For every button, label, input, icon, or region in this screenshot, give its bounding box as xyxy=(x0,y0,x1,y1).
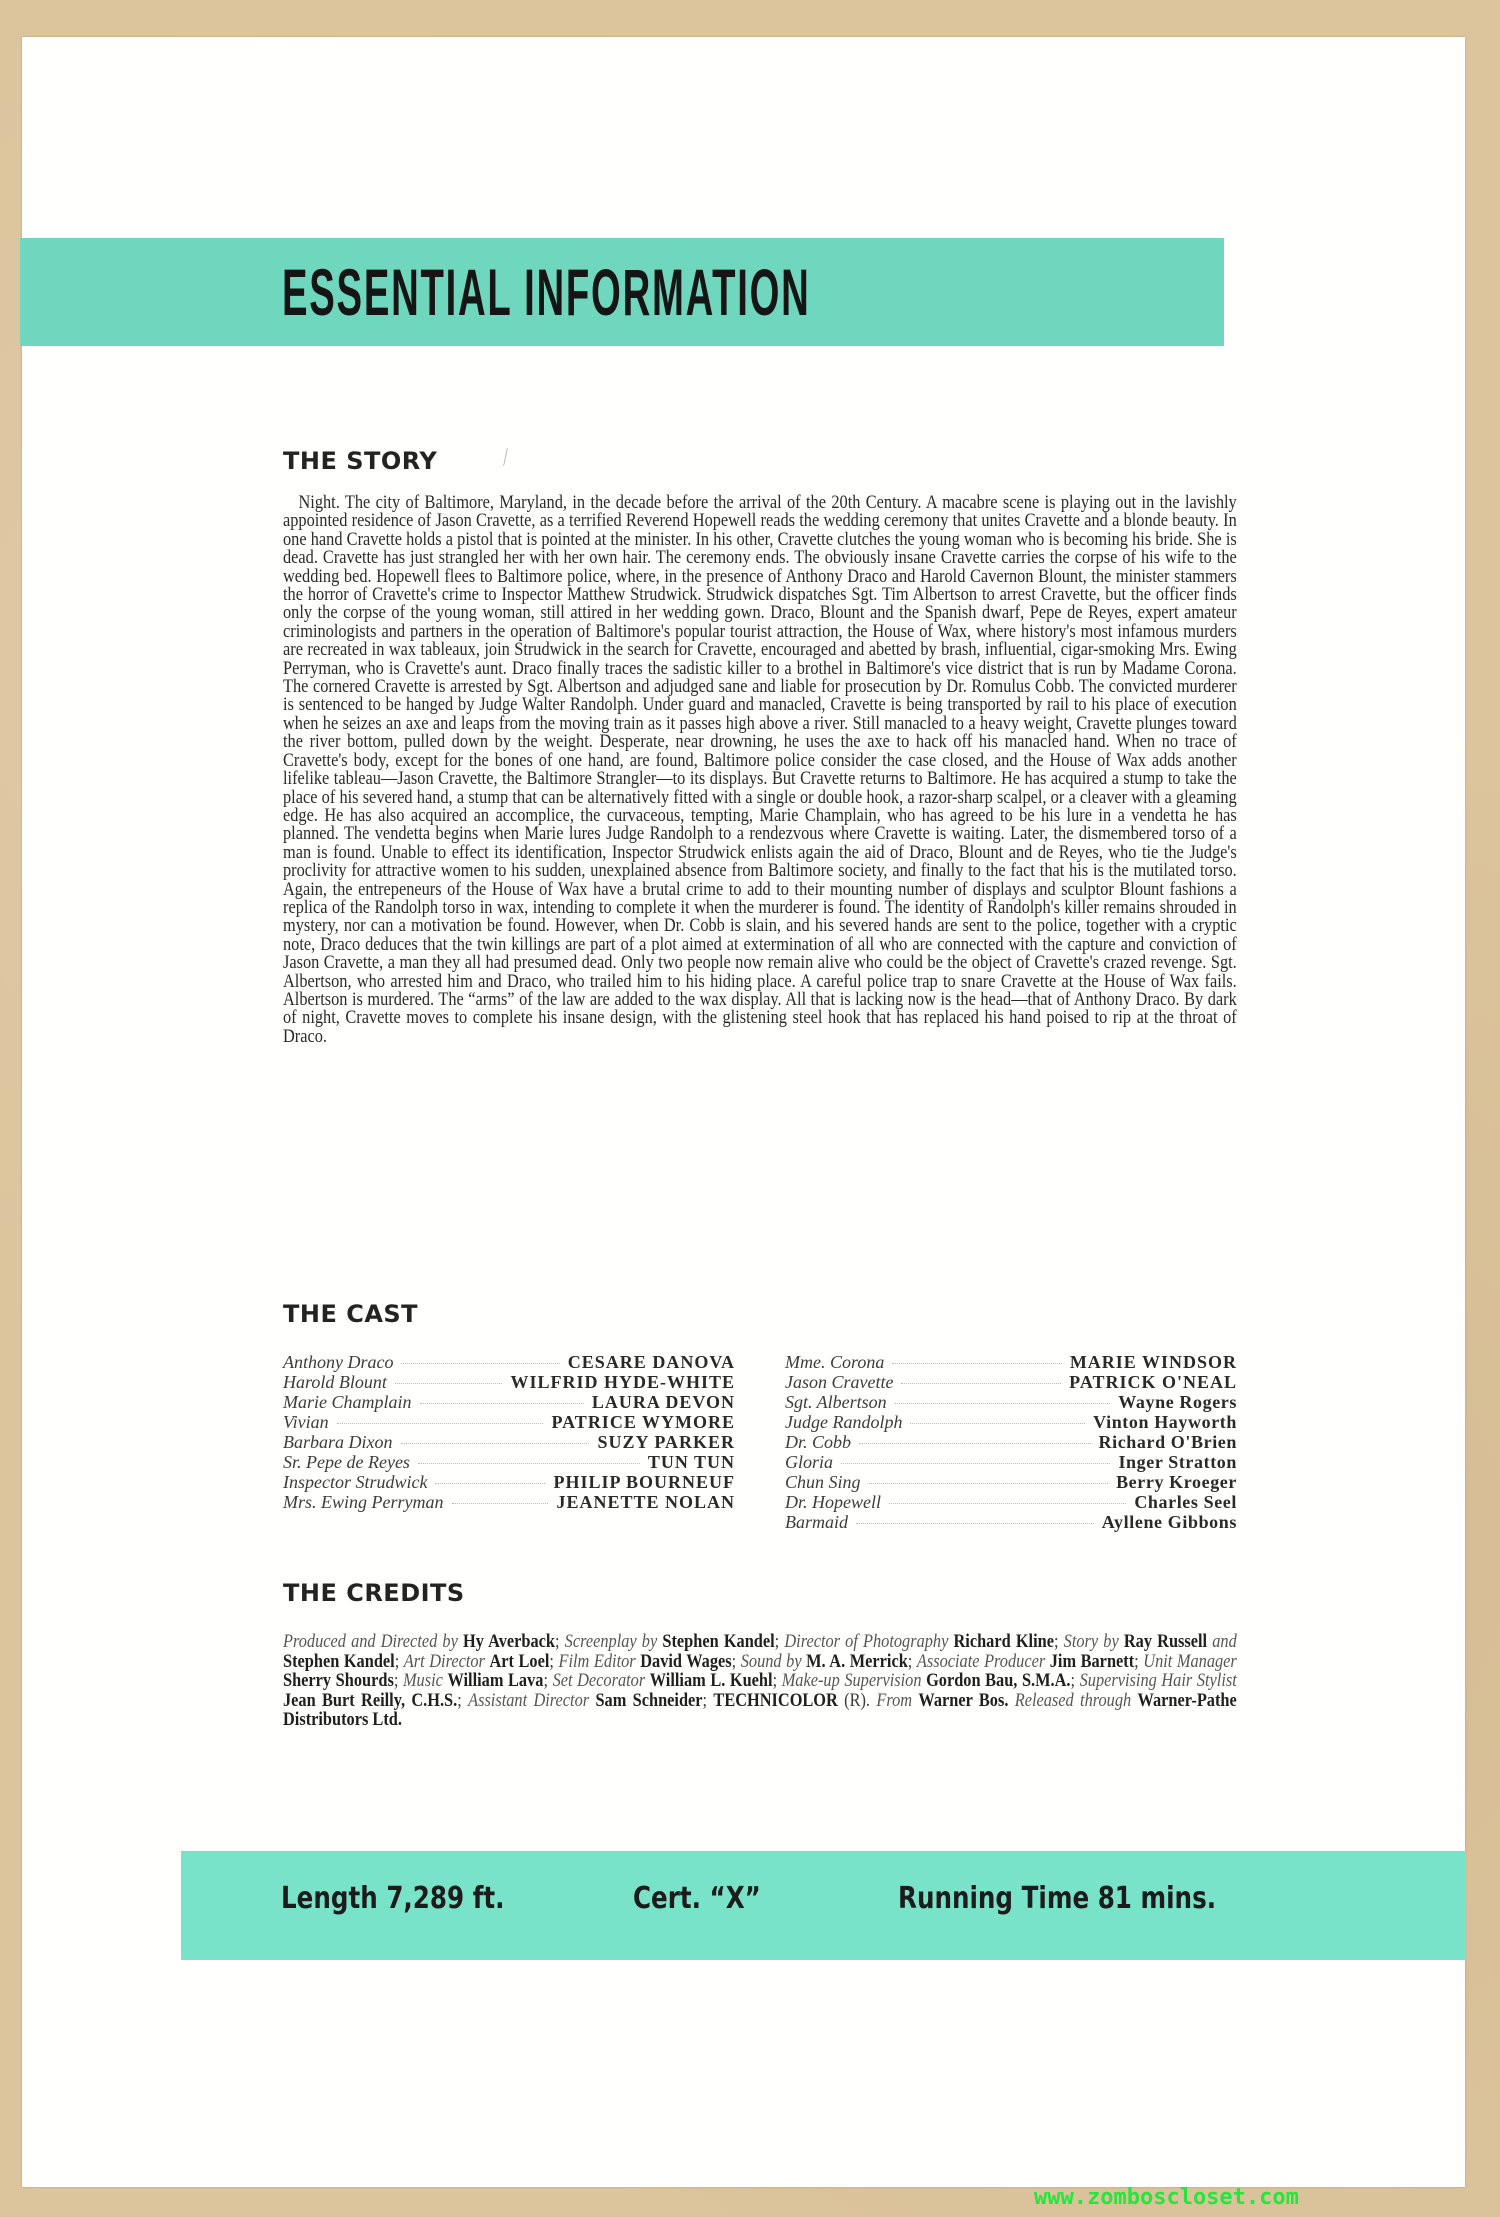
cast-role: Sgt. Albertson xyxy=(785,1392,887,1413)
credit-process-mark: (R). xyxy=(844,1690,876,1711)
dot-leader xyxy=(452,1503,549,1504)
credit-label: Sound by xyxy=(741,1651,806,1672)
cast-row: Sgt. AlbertsonWayne Rogers xyxy=(785,1392,1237,1412)
dot-leader xyxy=(435,1483,545,1484)
cast-row: VivianPATRICE WYMORE xyxy=(283,1412,735,1432)
cast-actor: MARIE WINDSOR xyxy=(1070,1352,1237,1373)
cast-actor: Richard O'Brien xyxy=(1099,1432,1238,1453)
credit-value: David Wages xyxy=(640,1651,731,1672)
cast-row: Anthony DracoCESARE DANOVA xyxy=(283,1352,735,1372)
cast-row: Dr. HopewellCharles Seel xyxy=(785,1492,1237,1512)
credit-value: Stephen Kandel xyxy=(283,1651,395,1672)
credit-label: Assistant Director xyxy=(468,1690,595,1711)
credit-value: Gordon Bau, S.M.A. xyxy=(926,1670,1070,1691)
footer-banner: Length 7,289 ft. Cert. “X” Running Time … xyxy=(181,1851,1466,1960)
credit-process: TECHNICOLOR xyxy=(713,1690,844,1711)
cast-row: Judge RandolphVinton Hayworth xyxy=(785,1412,1237,1432)
credit-label: Produced and Directed by xyxy=(283,1631,463,1652)
credit-label: Associate Producer xyxy=(917,1651,1050,1672)
cast-role: Marie Champlain xyxy=(283,1392,412,1413)
credit-label: Director of Photography xyxy=(784,1631,953,1652)
credit-value: Stephen Kandel xyxy=(662,1631,774,1652)
credits-text: Produced and Directed by Hy Averback; Sc… xyxy=(283,1632,1237,1730)
cast-role: Jason Cravette xyxy=(785,1372,893,1393)
cast-role: Mme. Corona xyxy=(785,1352,884,1373)
cast-actor: PHILIP BOURNEUF xyxy=(553,1472,735,1493)
credit-label: and xyxy=(1207,1631,1237,1652)
cast-row: Inspector StrudwickPHILIP BOURNEUF xyxy=(283,1472,735,1492)
credit-value: Sam Schneider xyxy=(595,1690,702,1711)
dot-leader xyxy=(910,1423,1085,1424)
page-title: ESSENTIAL INFORMATION xyxy=(282,256,811,328)
credit-label: Film Editor xyxy=(558,1651,640,1672)
cast-role: Gloria xyxy=(785,1452,833,1473)
credit-label: Make-up Supervision xyxy=(782,1670,926,1691)
dot-leader xyxy=(901,1383,1061,1384)
credit-value: Jim Barnett xyxy=(1050,1651,1134,1672)
cast-row: Chun SingBerry Kroeger xyxy=(785,1472,1237,1492)
cast-role: Dr. Cobb xyxy=(785,1432,851,1453)
credit-value: M. A. Merrick xyxy=(806,1651,908,1672)
cast-actor: LAURA DEVON xyxy=(592,1392,735,1413)
cast-actor: PATRICK O'NEAL xyxy=(1069,1372,1237,1393)
cast-heading: THE CAST xyxy=(283,1300,418,1328)
dot-leader xyxy=(418,1463,640,1464)
credit-label: Released through xyxy=(1015,1690,1138,1711)
film-length: Length 7,289 ft. xyxy=(281,1881,505,1916)
cast-row: Barbara DixonSUZY PARKER xyxy=(283,1432,735,1452)
credit-value: William L. Kuehl xyxy=(650,1670,773,1691)
cast-row: Mrs. Ewing PerrymanJEANETTE NOLAN xyxy=(283,1492,735,1512)
running-time: Running Time 81 mins. xyxy=(898,1881,1216,1916)
cast-actor: Inger Stratton xyxy=(1118,1452,1237,1473)
dot-leader xyxy=(401,1443,590,1444)
cast-list: Anthony DracoCESARE DANOVAHarold BlountW… xyxy=(283,1352,1237,1532)
dot-leader xyxy=(401,1363,559,1364)
dot-leader xyxy=(841,1463,1110,1464)
cast-role: Dr. Hopewell xyxy=(785,1492,881,1513)
cast-actor: CESARE DANOVA xyxy=(568,1352,735,1373)
cast-actor: Wayne Rogers xyxy=(1118,1392,1237,1413)
cast-role: Judge Randolph xyxy=(785,1412,902,1433)
credit-value: Hy Averback xyxy=(463,1631,555,1652)
credit-value: Ray Russell xyxy=(1124,1631,1207,1652)
cast-role: Chun Sing xyxy=(785,1472,861,1493)
credit-value: William Lava xyxy=(447,1670,543,1691)
credit-label: Screenplay by xyxy=(565,1631,663,1652)
credits-heading: THE CREDITS xyxy=(283,1579,465,1607)
credit-value: Art Loel xyxy=(489,1651,549,1672)
credit-label: From xyxy=(876,1690,918,1711)
dot-leader xyxy=(395,1383,503,1384)
credit-value: Warner Bos. xyxy=(918,1690,1014,1711)
cast-row: BarmaidAyllene Gibbons xyxy=(785,1512,1237,1532)
cast-row: Jason CravettePATRICK O'NEAL xyxy=(785,1372,1237,1392)
dot-leader xyxy=(895,1403,1111,1404)
cast-row: Harold BlountWILFRID HYDE-WHITE xyxy=(283,1372,735,1392)
credit-label: Story by xyxy=(1064,1631,1124,1652)
cast-row: Marie ChamplainLAURA DEVON xyxy=(283,1392,735,1412)
cast-actor: JEANETTE NOLAN xyxy=(556,1492,735,1513)
story-heading: THE STORY xyxy=(283,447,437,475)
cast-role: Vivian xyxy=(283,1412,329,1433)
credit-value: Jean Burt Reilly, C.H.S. xyxy=(283,1690,457,1711)
dot-leader xyxy=(337,1423,544,1424)
cast-row: GloriaInger Stratton xyxy=(785,1452,1237,1472)
cast-role: Harold Blount xyxy=(283,1372,387,1393)
dot-leader xyxy=(859,1443,1090,1444)
credit-label: Set Decorator xyxy=(553,1670,650,1691)
cast-column-left: Anthony DracoCESARE DANOVAHarold BlountW… xyxy=(283,1352,735,1532)
credit-label: Unit Manager xyxy=(1143,1651,1237,1672)
cast-column-right: Mme. CoronaMARIE WINDSORJason CravettePA… xyxy=(785,1352,1237,1532)
dot-leader xyxy=(889,1503,1126,1504)
credit-label: Music xyxy=(403,1670,448,1691)
credit-label: Supervising Hair Stylist xyxy=(1080,1670,1237,1691)
cast-role: Sr. Pepe de Reyes xyxy=(283,1452,410,1473)
cast-role: Inspector Strudwick xyxy=(283,1472,427,1493)
cast-actor: Ayllene Gibbons xyxy=(1102,1512,1237,1533)
cast-row: Dr. CobbRichard O'Brien xyxy=(785,1432,1237,1452)
story-text: Night. The city of Baltimore, Maryland, … xyxy=(283,494,1237,1046)
watermark-link[interactable]: www.zomboscloset.com xyxy=(1034,2185,1299,2210)
dot-leader xyxy=(892,1363,1061,1364)
credit-value: Sherry Shourds xyxy=(283,1670,394,1691)
cast-actor: TUN TUN xyxy=(648,1452,735,1473)
dot-leader xyxy=(420,1403,584,1404)
cast-actor: SUZY PARKER xyxy=(597,1432,735,1453)
cast-actor: PATRICE WYMORE xyxy=(551,1412,735,1433)
cast-role: Mrs. Ewing Perryman xyxy=(283,1492,444,1513)
cast-row: Sr. Pepe de ReyesTUN TUN xyxy=(283,1452,735,1472)
cast-actor: WILFRID HYDE-WHITE xyxy=(510,1372,735,1393)
cast-row: Mme. CoronaMARIE WINDSOR xyxy=(785,1352,1237,1372)
dot-leader xyxy=(856,1523,1094,1524)
cast-role: Barmaid xyxy=(785,1512,848,1533)
cast-role: Anthony Draco xyxy=(283,1352,393,1373)
cast-actor: Charles Seel xyxy=(1134,1492,1237,1513)
certificate-rating: Cert. “X” xyxy=(633,1881,761,1916)
cast-actor: Vinton Hayworth xyxy=(1093,1412,1237,1433)
cast-actor: Berry Kroeger xyxy=(1116,1472,1237,1493)
credit-value: Richard Kline xyxy=(954,1631,1054,1652)
credit-label: Art Director xyxy=(404,1651,490,1672)
dot-leader xyxy=(869,1483,1109,1484)
cast-role: Barbara Dixon xyxy=(283,1432,393,1453)
header-banner: ESSENTIAL INFORMATION xyxy=(20,238,1224,346)
